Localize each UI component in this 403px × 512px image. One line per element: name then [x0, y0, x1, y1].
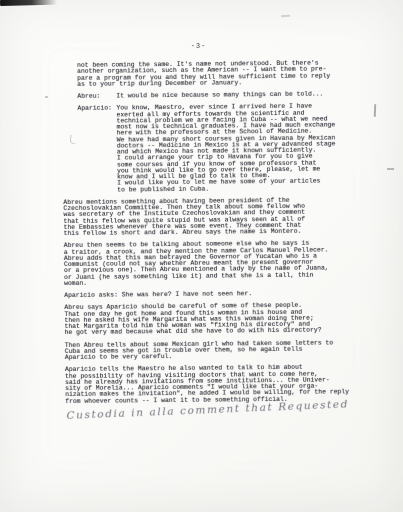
typed-text-flow: not been coming the same. It's name not … [62, 60, 355, 428]
dialogue-paragraph: Aparicio:You know, Maestro, ever since I… [77, 103, 353, 193]
text-line: Aparicio asks: She was here? I have not … [64, 290, 354, 299]
scan-artifact-top-dash [281, 15, 290, 17]
text-line: It would be nice because so many things … [116, 91, 352, 100]
continuation-paragraph: not been coming the same. It's name not … [77, 60, 352, 88]
text-line: he got very mad because what did she hav… [65, 327, 355, 336]
paragraph-lines: Abreu then seems to be talking about som… [64, 240, 354, 287]
paragraph-lines: Abreu says Aparicio should be careful of… [64, 302, 354, 336]
narrative-paragraph: Aparicio asks: She was here? I have not … [64, 290, 354, 299]
scanned-document-page: -3- not been coming the same. It's name … [0, 0, 403, 512]
narrative-paragraph: Abreu then seems to be talking about som… [64, 240, 354, 287]
scan-artifact-right-tick [374, 104, 376, 117]
scan-artifact-right-dash [387, 168, 394, 170]
paragraph-lines: It would be nice because so many things … [116, 91, 352, 100]
narrative-paragraph: Aparicio tells the Maestro he also wante… [65, 364, 355, 404]
paragraph-lines: Abreu mentions something about having be… [63, 197, 353, 237]
speaker-label: Aparicio: [77, 106, 117, 194]
text-line: as to your trip during December or Janua… [77, 79, 352, 88]
dialogue-paragraph: Abreu:It would be nice because so many t… [77, 91, 352, 100]
paragraph-lines: Aparicio asks: She was here? I have not … [64, 290, 354, 299]
paragraph-lines: You know, Maestro, ever since I arrived … [116, 103, 353, 193]
paragraph-lines: Aparicio tells the Maestro he also wante… [65, 364, 355, 404]
scan-artifact-corner-smudge [0, 0, 57, 6]
narrative-paragraph: Abreu says Aparicio should be careful of… [64, 302, 354, 336]
page-number: -3- [0, 43, 397, 51]
text-line: to be published in Cuba. [117, 185, 353, 194]
paragraph-lines: Then Abreu tells about some Mexican girl… [65, 340, 355, 362]
narrative-paragraph: Then Abreu tells about some Mexican girl… [65, 340, 355, 362]
narrative-paragraph: Abreu mentions something about having be… [63, 197, 353, 237]
paragraph-lines: not been coming the same. It's name not … [77, 60, 352, 88]
speaker-label: Abreu: [77, 93, 116, 100]
scan-artifact-margin-dot [45, 96, 48, 98]
text-line: this fellow is short and dark. Abreu say… [64, 228, 354, 237]
